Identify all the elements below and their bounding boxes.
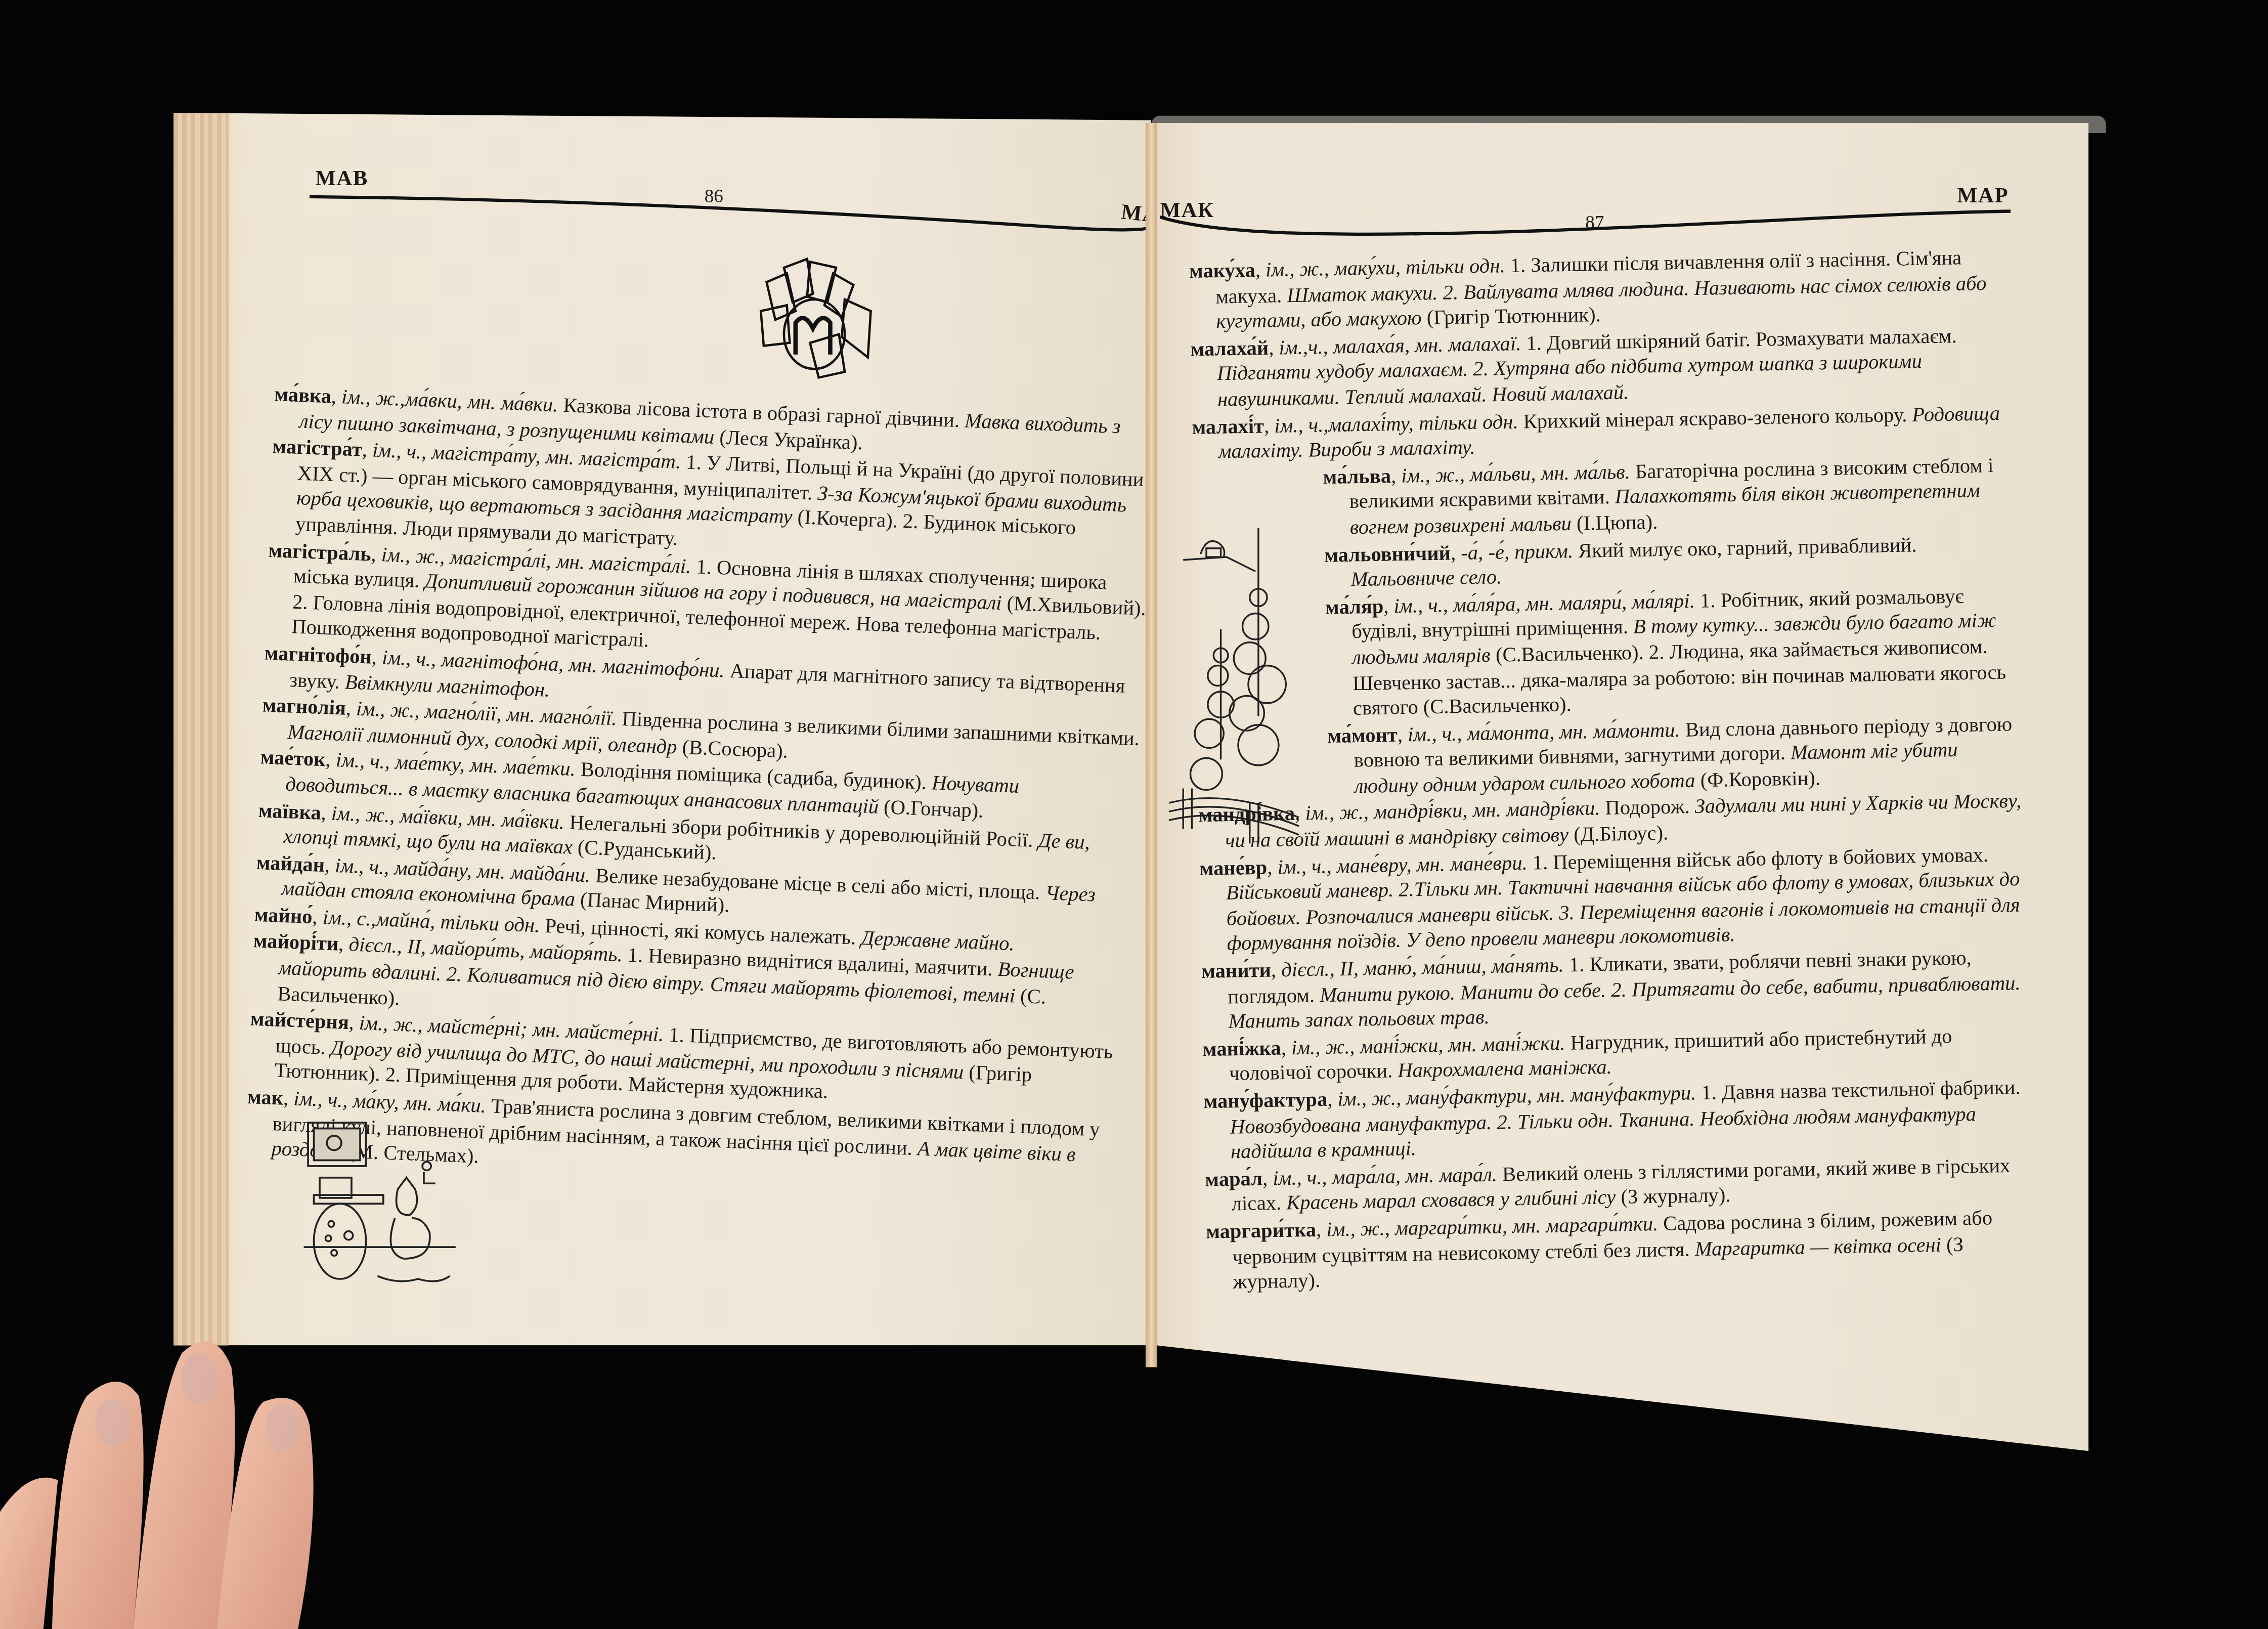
dictionary-entry: мальовни́чий, -а́, -е́, прикм. Який милу… bbox=[1324, 532, 2019, 595]
artist-palette-cat-illustration bbox=[296, 1114, 458, 1296]
dictionary-entry: малаха́й, ім.,ч., малаха́я, мн. малахаї.… bbox=[1190, 324, 2016, 414]
dictionary-entry: ма́монт, ім., ч., ма́монта, мн. ма́монти… bbox=[1327, 713, 2023, 801]
dictionary-entry: мане́вр, ім., ч., мане́вру, мн. мане́ври… bbox=[1199, 843, 2025, 959]
right-header-rule bbox=[1157, 202, 2014, 246]
book-gutter bbox=[1146, 123, 1157, 1367]
dictionary-entry: ману́фактура, ім., ж., ману́фактури, мн.… bbox=[1203, 1077, 2029, 1167]
photo-stage: МАВ 86 МАК ма́вка, ім., ж.,ма́вки, мн. м… bbox=[0, 0, 2268, 1629]
dictionary-entry: маку́ха, ім., ж., маку́хи, тільки одн. 1… bbox=[1189, 246, 2015, 336]
dictionary-entry: маргари́тка, ім., ж., маргари́тки, мн. м… bbox=[1206, 1207, 2031, 1297]
hand-fingers bbox=[0, 1309, 347, 1629]
left-page-entries: ма́вка, ім., ж.,ма́вки, мн. ма́вки. Казк… bbox=[245, 383, 1156, 1198]
letter-m-emblem-icon bbox=[752, 253, 882, 383]
dictionary-entry: ма́льва, ім., ж., ма́льви, мн. ма́льв. Б… bbox=[1323, 454, 2018, 542]
dictionary-entry: ма́ля́р, ім., ч., ма́ля́ра, мн. маляри́,… bbox=[1325, 584, 2022, 723]
page-edges-stack bbox=[173, 113, 229, 1345]
left-header-rule bbox=[310, 194, 1156, 237]
dictionary-entry: мани́ти, дієсл., II, маню́, ма́ниш, ма́н… bbox=[1201, 946, 2027, 1037]
left-running-head: МАВ bbox=[315, 168, 368, 193]
right-page-entries: маку́ха, ім., ж., маку́хи, тільки одн. 1… bbox=[1189, 246, 2032, 1299]
